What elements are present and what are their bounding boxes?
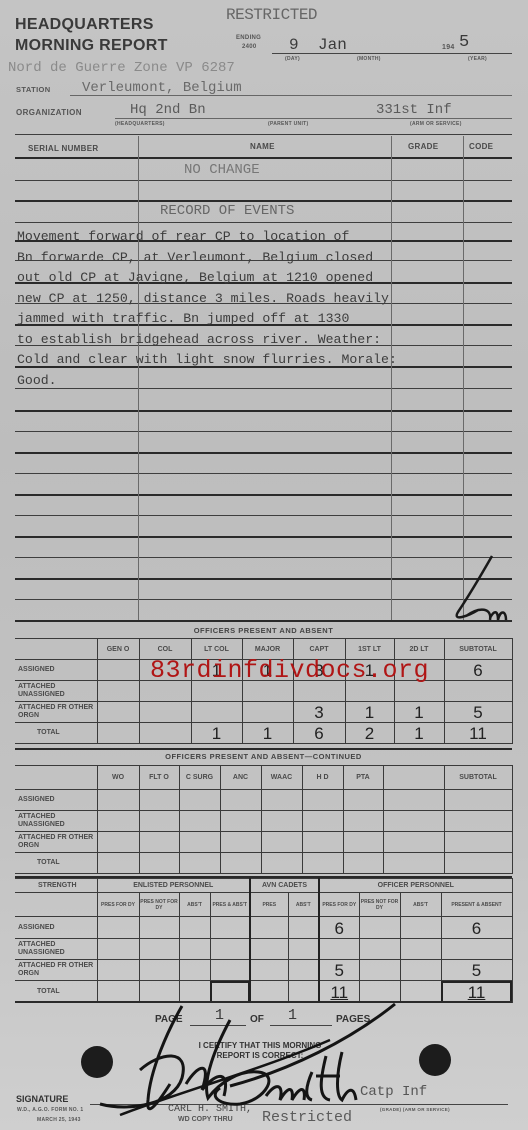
table-row-total: TOTAL bbox=[15, 853, 512, 874]
group-avn-cadets: AVN CADETS bbox=[250, 879, 319, 893]
parent-caption: (PARENT UNIT) bbox=[268, 121, 308, 127]
cell: 1 bbox=[345, 702, 394, 723]
strength-table: STRENGTH ENLISTED PERSONNEL AVN CADETS O… bbox=[15, 878, 513, 1003]
officers-continued-table: WO FLT O C SURG ANC WAAC H D PTA SUBTOTA… bbox=[15, 765, 513, 874]
row-label: ATTACHED UNASSIGNED bbox=[15, 681, 97, 702]
row-label: TOTAL bbox=[15, 981, 97, 1003]
event-line: jammed with traffic. Bn jumped off at 13… bbox=[17, 309, 512, 330]
cell: 5 bbox=[441, 960, 512, 981]
header-cadet-abst: ABS'T bbox=[288, 893, 319, 917]
header-subtotal: SUBTOTAL bbox=[444, 766, 512, 790]
header-officer-abst: ABS'T bbox=[400, 893, 441, 917]
rule bbox=[15, 431, 512, 432]
cell bbox=[242, 702, 293, 723]
event-line: Bn forwarde CP, at Verleumont, Belgium c… bbox=[17, 248, 512, 269]
officers-table-title: OFFICERS PRESENT AND ABSENT bbox=[15, 626, 512, 635]
report-month: Jan bbox=[318, 36, 347, 54]
header-blank-col bbox=[383, 766, 444, 790]
rule bbox=[15, 494, 512, 496]
report-title-line2: MORNING REPORT bbox=[15, 36, 168, 55]
rule bbox=[15, 200, 512, 202]
rule bbox=[15, 473, 512, 474]
row-label: ASSIGNED bbox=[15, 660, 97, 681]
row-label: ATTACHED UNASSIGNED bbox=[15, 811, 97, 832]
header-blank bbox=[15, 639, 97, 660]
event-line: Good. bbox=[17, 371, 512, 392]
header-h-d: H D bbox=[302, 766, 343, 790]
header-blank bbox=[15, 893, 97, 917]
row-label: ATTACHED FR OTHER ORGN bbox=[15, 832, 97, 853]
header-pres-not-for-dy: PRES NOT FOR DY bbox=[139, 893, 179, 917]
rule bbox=[15, 620, 512, 622]
header-waac: WAAC bbox=[261, 766, 302, 790]
header-subtotal: SUBTOTAL bbox=[444, 639, 512, 660]
cell: 5 bbox=[319, 960, 359, 981]
header-officer-pres-not-for-dy: PRES NOT FOR DY bbox=[359, 893, 400, 917]
watermark: 83rdinfdivdocs.org bbox=[150, 656, 429, 685]
report-title-line1: HEADQUARTERS bbox=[15, 15, 154, 34]
rule bbox=[15, 157, 512, 159]
organization-underline bbox=[115, 118, 512, 119]
officers-table: GEN O COL LT COL MAJOR CAPT 1ST LT 2D LT… bbox=[15, 638, 513, 744]
table-row: ASSIGNED 6 6 bbox=[15, 917, 512, 939]
cell bbox=[97, 723, 139, 744]
cell: 2 bbox=[345, 723, 394, 744]
header-officer-pres-for-dy: PRES FOR DY bbox=[319, 893, 359, 917]
header-present-and-absent: PRESENT & ABSENT bbox=[441, 893, 512, 917]
rule bbox=[15, 748, 512, 750]
signature-icon bbox=[90, 1000, 420, 1128]
ending-time-label: 2400 bbox=[242, 44, 257, 50]
roster-top-rule bbox=[15, 134, 512, 135]
organization-hq: Hq 2nd Bn bbox=[130, 102, 206, 118]
cell: 1 bbox=[242, 723, 293, 744]
cell: 3 bbox=[293, 702, 345, 723]
cell bbox=[191, 702, 242, 723]
header-flt-o: FLT O bbox=[139, 766, 179, 790]
cell: 1 bbox=[394, 702, 444, 723]
rule bbox=[15, 557, 512, 558]
strength-label: STRENGTH bbox=[15, 879, 97, 893]
row-label: ATTACHED FR OTHER ORGN bbox=[15, 702, 97, 723]
year-caption: (YEAR) bbox=[468, 56, 487, 62]
cell: 1 bbox=[394, 723, 444, 744]
form-date: MARCH 25, 1943 bbox=[37, 1117, 81, 1123]
arm-caption: (ARM OR SERVICE) bbox=[410, 121, 462, 127]
table-row: ASSIGNED bbox=[15, 790, 512, 811]
row-label: ATTACHED FR OTHER ORGN bbox=[15, 960, 97, 981]
classification-top: RESTRICTED bbox=[226, 6, 317, 24]
rule bbox=[15, 452, 512, 454]
table-row-total: TOTAL 1 1 6 2 1 11 bbox=[15, 723, 512, 744]
table-row: ATTACHED FR OTHER ORGN bbox=[15, 832, 512, 853]
event-line: to establish bridgehead across river. We… bbox=[17, 330, 512, 351]
form-number: W.D., A.G.O. FORM NO. 1 bbox=[17, 1107, 83, 1113]
header-gen-o: GEN O bbox=[97, 639, 139, 660]
station-label: STATION bbox=[16, 85, 51, 94]
zone-line: Nord de Guerre Zone VP 6287 bbox=[8, 60, 235, 76]
year-prefix: 194 bbox=[442, 44, 455, 51]
cell: 6 bbox=[441, 917, 512, 939]
event-line: new CP at 1250, distance 3 miles. Roads … bbox=[17, 289, 512, 310]
cell: 11 bbox=[441, 981, 512, 1003]
table-row: ATTACHED FR OTHER ORGN 3 1 1 5 bbox=[15, 702, 512, 723]
cell bbox=[139, 702, 191, 723]
rule bbox=[15, 536, 512, 538]
column-grade: GRADE bbox=[408, 142, 438, 151]
roster-entry: NO CHANGE bbox=[184, 162, 260, 178]
month-caption: (MONTH) bbox=[357, 56, 381, 62]
event-line: Movement forward of rear CP to location … bbox=[17, 227, 512, 248]
group-officer-personnel: OFFICER PERSONNEL bbox=[319, 879, 512, 893]
report-day: 9 bbox=[289, 36, 299, 54]
cell: 11 bbox=[444, 723, 512, 744]
event-line: Cold and clear with light snow flurries.… bbox=[17, 350, 512, 371]
cell: 6 bbox=[319, 917, 359, 939]
header-pres-and-abst: PRES & ABS'T bbox=[210, 893, 250, 917]
organization-label: ORGANIZATION bbox=[16, 108, 82, 117]
cell bbox=[444, 681, 512, 702]
organization-parent: 331st Inf bbox=[376, 102, 452, 118]
cell: 6 bbox=[293, 723, 345, 744]
header-pta: PTA bbox=[343, 766, 383, 790]
initials-signature-icon bbox=[440, 550, 520, 630]
binder-hole bbox=[419, 1044, 451, 1076]
header-pres-for-dy: PRES FOR DY bbox=[97, 893, 139, 917]
hq-caption: (HEADQUARTERS) bbox=[115, 121, 165, 127]
station-value: Verleumont, Belgium bbox=[82, 80, 242, 96]
cell bbox=[139, 723, 191, 744]
report-year-suffix: 5 bbox=[459, 33, 469, 52]
date-underline bbox=[272, 53, 512, 54]
ending-label: ENDING bbox=[236, 35, 261, 41]
header-anc: ANC bbox=[220, 766, 261, 790]
cell bbox=[97, 681, 139, 702]
day-caption: (DAY) bbox=[285, 56, 300, 62]
header-cadet-pres: PRES bbox=[250, 893, 288, 917]
table-row: ATTACHED FR OTHER ORGN 5 5 bbox=[15, 960, 512, 981]
rule bbox=[15, 180, 512, 181]
row-label: TOTAL bbox=[15, 723, 97, 744]
morning-report-document: RESTRICTED HEADQUARTERS MORNING REPORT E… bbox=[0, 0, 528, 1130]
cell bbox=[97, 660, 139, 681]
row-label: ASSIGNED bbox=[15, 790, 97, 811]
cell: 5 bbox=[444, 702, 512, 723]
row-label: ATTACHED UNASSIGNED bbox=[15, 939, 97, 960]
rule bbox=[15, 578, 512, 580]
column-code: CODE bbox=[469, 142, 493, 151]
header-wo: WO bbox=[97, 766, 139, 790]
record-of-events-text: Movement forward of rear CP to location … bbox=[17, 227, 512, 391]
table-row: ATTACHED UNASSIGNED bbox=[15, 939, 512, 960]
cell: 6 bbox=[444, 660, 512, 681]
rule bbox=[15, 515, 512, 516]
row-label: TOTAL bbox=[15, 853, 97, 874]
column-name: NAME bbox=[250, 142, 275, 151]
header-abst: ABS'T bbox=[179, 893, 210, 917]
header-blank bbox=[15, 766, 97, 790]
officers-continued-title: OFFICERS PRESENT AND ABSENT—CONTINUED bbox=[15, 752, 512, 761]
rule bbox=[15, 222, 512, 223]
column-serial-number: SERIAL NUMBER bbox=[28, 144, 98, 153]
record-of-events-heading: RECORD OF EVENTS bbox=[160, 203, 294, 219]
event-line: out old CP at Javigne, Belgium at 1210 o… bbox=[17, 268, 512, 289]
row-label: ASSIGNED bbox=[15, 917, 97, 939]
header-c-surg: C SURG bbox=[179, 766, 220, 790]
signature-label: SIGNATURE bbox=[16, 1094, 68, 1104]
group-enlisted-personnel: ENLISTED PERSONNEL bbox=[97, 879, 250, 893]
rule bbox=[15, 410, 512, 412]
rule bbox=[15, 599, 512, 600]
table-row: ATTACHED UNASSIGNED bbox=[15, 811, 512, 832]
cell bbox=[97, 702, 139, 723]
cell: 1 bbox=[191, 723, 242, 744]
